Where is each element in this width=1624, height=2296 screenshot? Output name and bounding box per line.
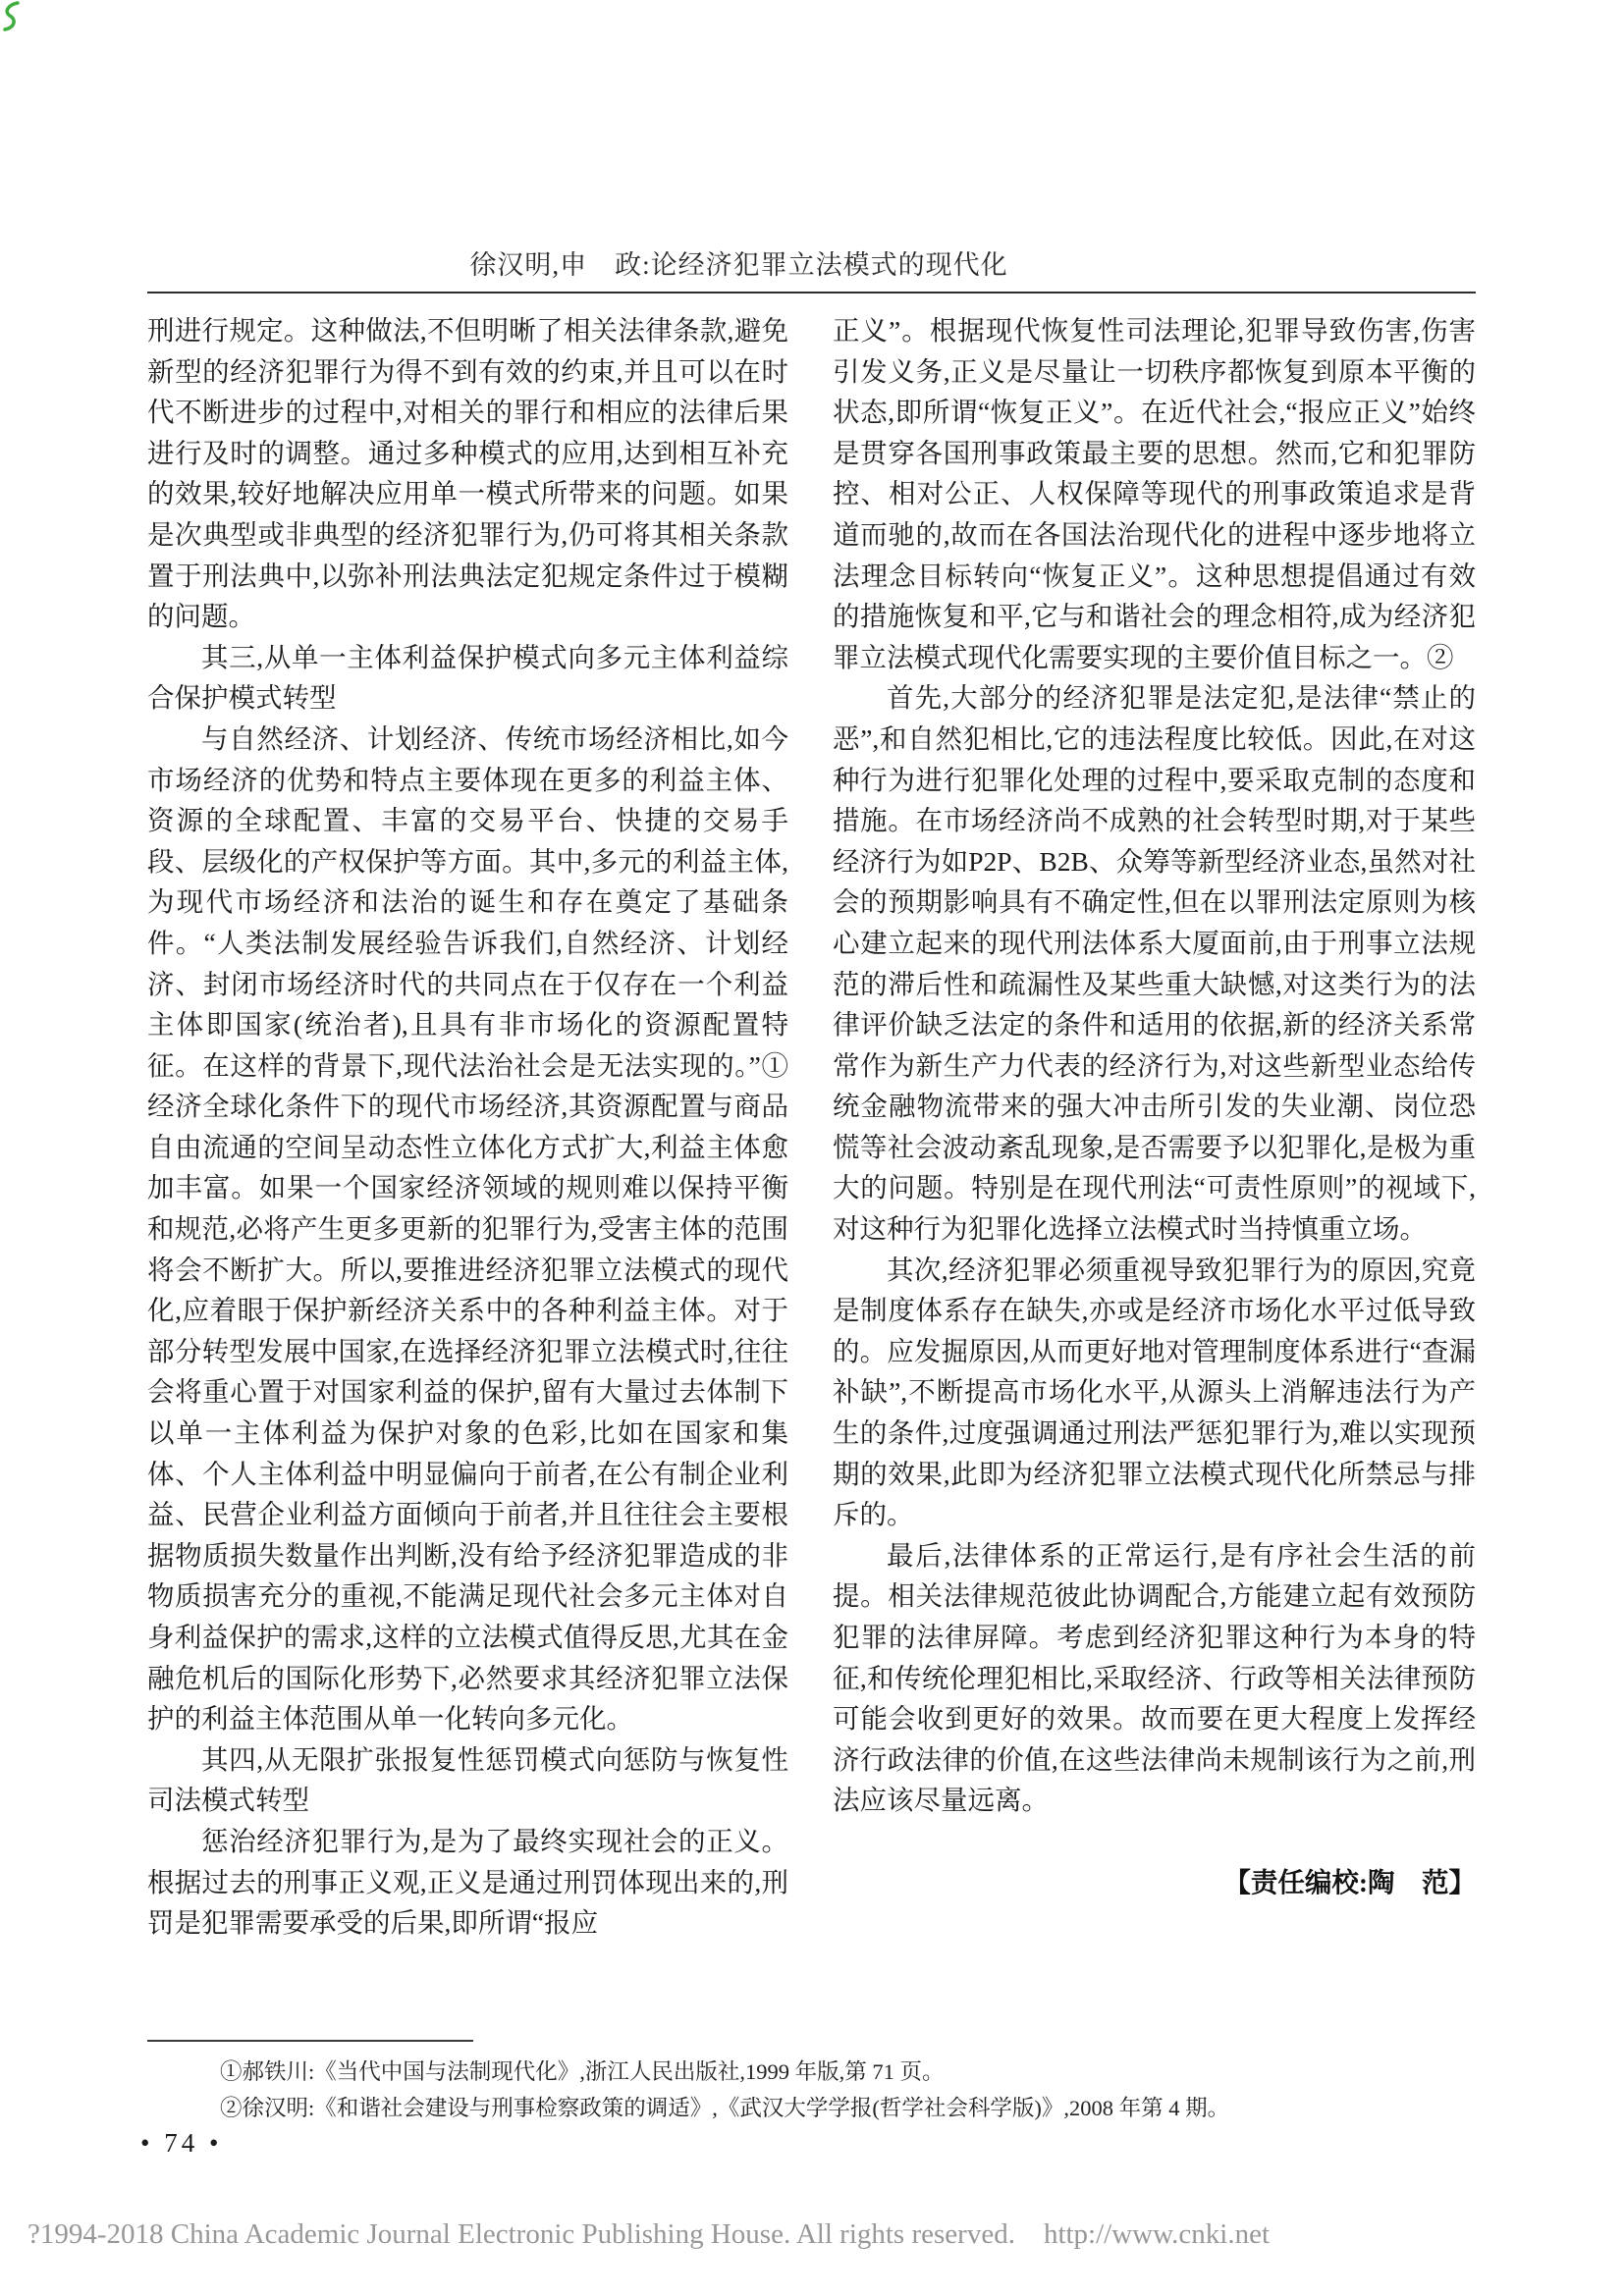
header-rule — [147, 292, 1476, 294]
footnote: ②徐汉明:《和谐社会建设与刑事检察政策的调适》,《武汉大学学报(哲学社会科学版)… — [220, 2090, 1483, 2126]
editor-note: 【责任编校:陶 范】 — [833, 1862, 1476, 1903]
footnote: ①郝铁川:《当代中国与法制现代化》,浙江人民出版社,1999 年版,第 71 页… — [220, 2054, 1483, 2090]
paragraph: 正义”。根据现代恢复性司法理论,犯罪导致伤害,伤害引发义务,正义是尽量让一切秩序… — [833, 310, 1476, 677]
paragraph: 其次,经济犯罪必须重视导致犯罪行为的原因,究竟是制度体系存在缺失,亦或是经济市场… — [833, 1250, 1476, 1535]
paragraph: 首先,大部分的经济犯罪是法定犯,是法律“禁止的恶”,和自然犯相比,它的违法程度比… — [833, 677, 1476, 1249]
running-header: 徐汉明,申 政:论经济犯罪立法模式的现代化 — [147, 243, 1330, 282]
left-column: 刑进行规定。这种做法,不但明晰了相关法律条款,避免新型的经济犯罪行为得不到有效的… — [147, 310, 788, 1944]
paragraph: 与自然经济、计划经济、传统市场经济相比,如今市场经济的优势和特点主要体现在更多的… — [147, 719, 788, 1739]
right-column: 正义”。根据现代恢复性司法理论,犯罪导致伤害,伤害引发义务,正义是尽量让一切秩序… — [833, 310, 1476, 1903]
paragraph: 刑进行规定。这种做法,不但明晰了相关法律条款,避免新型的经济犯罪行为得不到有效的… — [147, 310, 788, 637]
paragraph: 最后,法律体系的正常运行,是有序社会生活的前提。相关法律规范彼此协调配合,方能建… — [833, 1535, 1476, 1821]
copyright-line: ?1994-2018 China Academic Journal Electr… — [27, 2218, 1270, 2251]
scanned-paper-page: 徐汉明,申 政:论经济犯罪立法模式的现代化 刑进行规定。这种做法,不但明晰了相关… — [0, 0, 1624, 2296]
subheading-paragraph: 其四,从无限扩张报复性惩罚模式向惩防与恢复性司法模式转型 — [147, 1739, 788, 1821]
page-number: • 74 • — [140, 2128, 222, 2159]
footnotes: ①郝铁川:《当代中国与法制现代化》,浙江人民出版社,1999 年版,第 71 页… — [147, 2054, 1483, 2126]
subheading-paragraph: 其三,从单一主体利益保护模式向多元主体利益综合保护模式转型 — [147, 637, 788, 719]
footnote-separator — [147, 2040, 473, 2042]
paragraph: 惩治经济犯罪行为,是为了最终实现社会的正义。根据过去的刑事正义观,正义是通过刑罚… — [147, 1821, 788, 1944]
scan-artifact-icon — [2, 0, 26, 35]
